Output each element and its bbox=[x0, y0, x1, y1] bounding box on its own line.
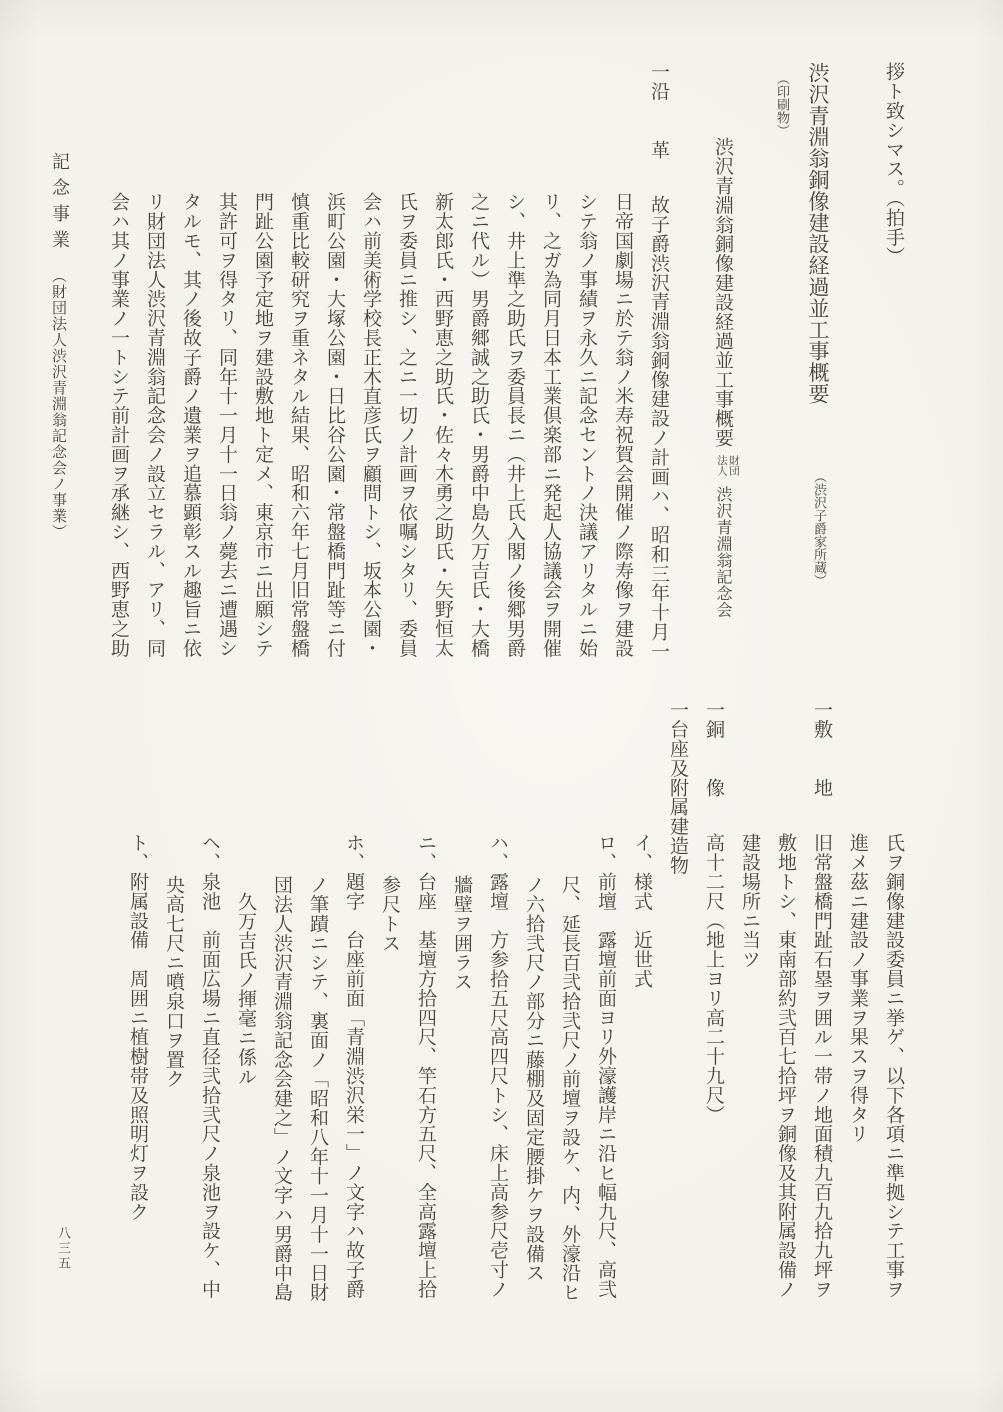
text-line: ロ、前壇 露壇前面ヨリ外濠護岸ニ沿ヒ幅九尺、高弐 bbox=[596, 700, 615, 1350]
document-title: 渋沢青淵翁銅像建設経過並工事概要 bbox=[806, 62, 830, 404]
text-line: 日帝国劇場ニ於テ翁ノ米寿祝賀会開催ノ際寿像ヲ建設 bbox=[613, 62, 632, 742]
section-heading-history: 一沿 革 bbox=[648, 62, 670, 159]
text-line: 氏ヲ委員ニ推シ、之ニ一切ノ計画ヲ依嘱シタリ、委員 bbox=[397, 62, 416, 742]
history-heading-column: 一沿 革故子爵渋沢青淵翁銅像建設ノ計画ハ、昭和三年十月一 bbox=[649, 62, 668, 742]
text-line: 進メ茲ニ建設ノ事業ヲ果スヲ得タリ bbox=[848, 700, 867, 1350]
text-line: シ、井上準之助氏ヲ委員長ニ（井上氏入閣ノ後郷男爵 bbox=[505, 62, 524, 742]
text-line: リ、之ガ為同月日本工業倶楽部ニ発起人協議会ヲ開催 bbox=[541, 62, 560, 742]
text-line: 会ハ其ノ事業ノ一トシテ前計画ヲ承継シ、西野恵之助 bbox=[109, 62, 128, 742]
text-line: ハ、露壇 方参拾五尺高四尺トシ、床上高参尺壱寸ノ bbox=[488, 700, 507, 1350]
text-line: 慎重比較研究ヲ重ネタル結果、昭和六年七月旧常盤橋 bbox=[289, 62, 308, 742]
text-line: ホ、題字 台座前面「青淵渋沢栄一」ノ文字ハ故子爵 bbox=[344, 700, 363, 1350]
text-line: 敷地トシ、東南部約弐百七拾坪ヲ銅像及其附属設備ノ bbox=[776, 700, 795, 1350]
text-line: シテ翁ノ事績ヲ永久ニ記念セントノ決議アリタルニ始 bbox=[577, 62, 596, 742]
inner-title-column: 渋沢青淵翁銅像建設経過並工事概要財団法人渋沢青淵翁記念会 bbox=[713, 62, 740, 742]
item-statue-column: 一銅 像高十二尺（地上ヨリ高二十九尺） bbox=[704, 700, 723, 1350]
text-line: 旧常盤橋門趾石塁ヲ囲ル一帯ノ地面積九百九拾九坪ヲ bbox=[812, 833, 831, 1299]
text-line: 牆壁ヲ囲ラス bbox=[452, 700, 471, 1350]
running-title-subtitle: （財団法人渋沢青淵翁記念会ノ事業） bbox=[51, 268, 66, 540]
text-line: 央高七尺ニ噴泉口ヲ置ク bbox=[164, 700, 183, 1350]
scanned-book-page: 拶ト致シマス。（拍手） 渋沢青淵翁銅像建設経過並工事概要（渋沢子爵家所蔵） （印… bbox=[0, 0, 1003, 1412]
item-heading-statue: 一銅 像 bbox=[703, 700, 725, 797]
upper-text-band: 拶ト致シマス。（拍手） 渋沢青淵翁銅像建設経過並工事概要（渋沢子爵家所蔵） （印… bbox=[92, 62, 903, 742]
text-line: 故子爵渋沢青淵翁銅像建設ノ計画ハ、昭和三年十月一 bbox=[649, 195, 668, 661]
item-site-column: 一敷 地旧常盤橋門趾石塁ヲ囲ル一帯ノ地面積九百九拾九坪ヲ bbox=[812, 700, 831, 1350]
text-line: 久万吉氏ノ揮毫ニ係ル bbox=[236, 700, 255, 1350]
running-title: 記念事業 bbox=[49, 152, 70, 256]
text-line: ト、附属設備 周囲ニ植樹帯及照明灯ヲ設ク bbox=[128, 700, 147, 1350]
text-line: 団法人渋沢青淵翁記念会建之」ノ文字ハ男爵中島 bbox=[272, 700, 291, 1350]
document-title-column: 渋沢青淵翁銅像建設経過並工事概要（渋沢子爵家所蔵） bbox=[807, 62, 828, 742]
text-line: 会ハ前美術学校長正木直彦氏ヲ顧問トシ、坂本公園・ bbox=[361, 62, 380, 742]
text-line: リ財団法人渋沢青淵翁記念会ノ設立セラル、アリ、同 bbox=[145, 62, 164, 742]
lower-text-band: 氏ヲ銅像建設委員ニ挙ゲ、以下各項ニ準拠シテ工事ヲ 進メ茲ニ建設ノ事業ヲ果スヲ得タ… bbox=[111, 700, 903, 1350]
inner-title: 渋沢青淵翁銅像建設経過並工事概要 bbox=[712, 137, 734, 447]
item-heading-site: 一敷 地 bbox=[811, 700, 833, 797]
text-line: ニ、台座 基壇方拾四尺、竿石方五尺、全高露壇上拾 bbox=[416, 700, 435, 1350]
text-line: 高十二尺（地上ヨリ高二十九尺） bbox=[704, 833, 723, 1124]
text-line: 氏ヲ銅像建設委員ニ挙ゲ、以下各項ニ準拠シテ工事ヲ bbox=[884, 700, 903, 1350]
text-line: 尺、延長百弐拾弐尺ノ前壇ヲ設ケ、内、外濠沿ヒ bbox=[560, 700, 579, 1350]
item-heading-pedestal: 一台座及附属建造物 bbox=[668, 700, 687, 1350]
text-line: 門趾公園予定地ヲ建設敷地ト定メ、東京市ニ出願シテ bbox=[253, 62, 272, 742]
running-title-column: 記念事業（財団法人渋沢青淵翁記念会ノ事業） bbox=[50, 152, 68, 540]
source-note: （渋沢子爵家所蔵） bbox=[812, 470, 825, 587]
corporate-form-note: 財団法人 bbox=[716, 455, 740, 479]
text-line: 参尺トス bbox=[380, 700, 399, 1350]
text-line: 浜町公園・大塚公園・日比谷公園・常盤橋門趾等ニ付 bbox=[325, 62, 344, 742]
author-name: 渋沢青淵翁記念会 bbox=[715, 486, 731, 618]
text-line: 建設場所ニ当ツ bbox=[740, 700, 759, 1350]
material-type-note: （印刷物） bbox=[775, 62, 788, 742]
speech-closing-line: 拶ト致シマス。（拍手） bbox=[884, 62, 903, 742]
text-line: イ、様式 近世式 bbox=[632, 700, 651, 1350]
text-line: ヘ、泉池 前面広場ニ直径弐拾弐尺ノ泉池ヲ設ケ、中 bbox=[200, 700, 219, 1350]
text-line: 新太郎氏・西野恵之助氏・佐々木勇之助氏・矢野恒太 bbox=[433, 62, 452, 742]
text-line: 之ニ代ル）男爵郷誠之助氏・男爵中島久万吉氏・大橋 bbox=[469, 62, 488, 742]
text-line: 其許可ヲ得タリ、同年十一月十一日翁ノ薨去ニ遭遇シ bbox=[217, 62, 236, 742]
text-line: タルモ、其ノ後故子爵ノ遺業ヲ追慕顕彰スル趣旨ニ依 bbox=[181, 62, 200, 742]
text-line: ノ筆蹟ニシテ、裏面ノ「昭和八年十一月十一日財 bbox=[308, 700, 327, 1350]
text-line: ノ六拾弐尺ノ部分ニ藤棚及固定腰掛ケヲ設備ス bbox=[524, 700, 543, 1350]
page-number: 八三五 bbox=[56, 1226, 69, 1271]
